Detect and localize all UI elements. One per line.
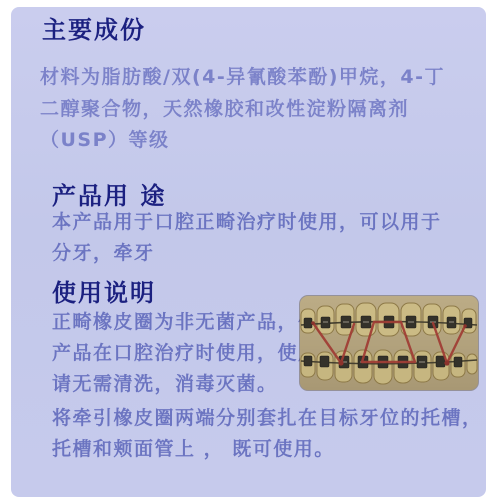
instructions-line: 正畸橡皮圈为非无菌产品，使本 [52,312,339,334]
section-title-instructions: 使用说明 [52,281,156,305]
ingredients-line: 材料为脂肪酸/双(4-异氰酸苯酚)甲烷，4-丁 [40,67,445,89]
braces-elastics-photo [300,296,478,390]
instructions-step-line: 托槽和颊面管上 ， 既可使用。 [52,439,335,461]
instructions-line: 产品在口腔治疗时使用，使用前 [52,343,339,365]
instructions-line: 请无需清洗，消毒灭菌。 [52,374,278,396]
usage-line: 分牙，牵牙 [52,243,155,265]
braces-diagram [300,296,478,390]
section-title-ingredients: 主要成份 [42,18,146,42]
ingredients-line: 二醇聚合物，天然橡胶和改性淀粉隔离剂 [40,99,409,121]
section-title-usage: 产品用 途 [52,184,166,208]
product-label-page: { "page": { "panel_color": "#c5c9eb", "h… [0,0,500,500]
ingredients-line: （USP）等级 [40,130,170,152]
usage-line: 本产品用于口腔正畸治疗时使用，可以用于 [52,212,442,234]
instructions-step-line: 将牵引橡皮圈两端分别套扎在目标牙位的托槽， [52,408,483,430]
